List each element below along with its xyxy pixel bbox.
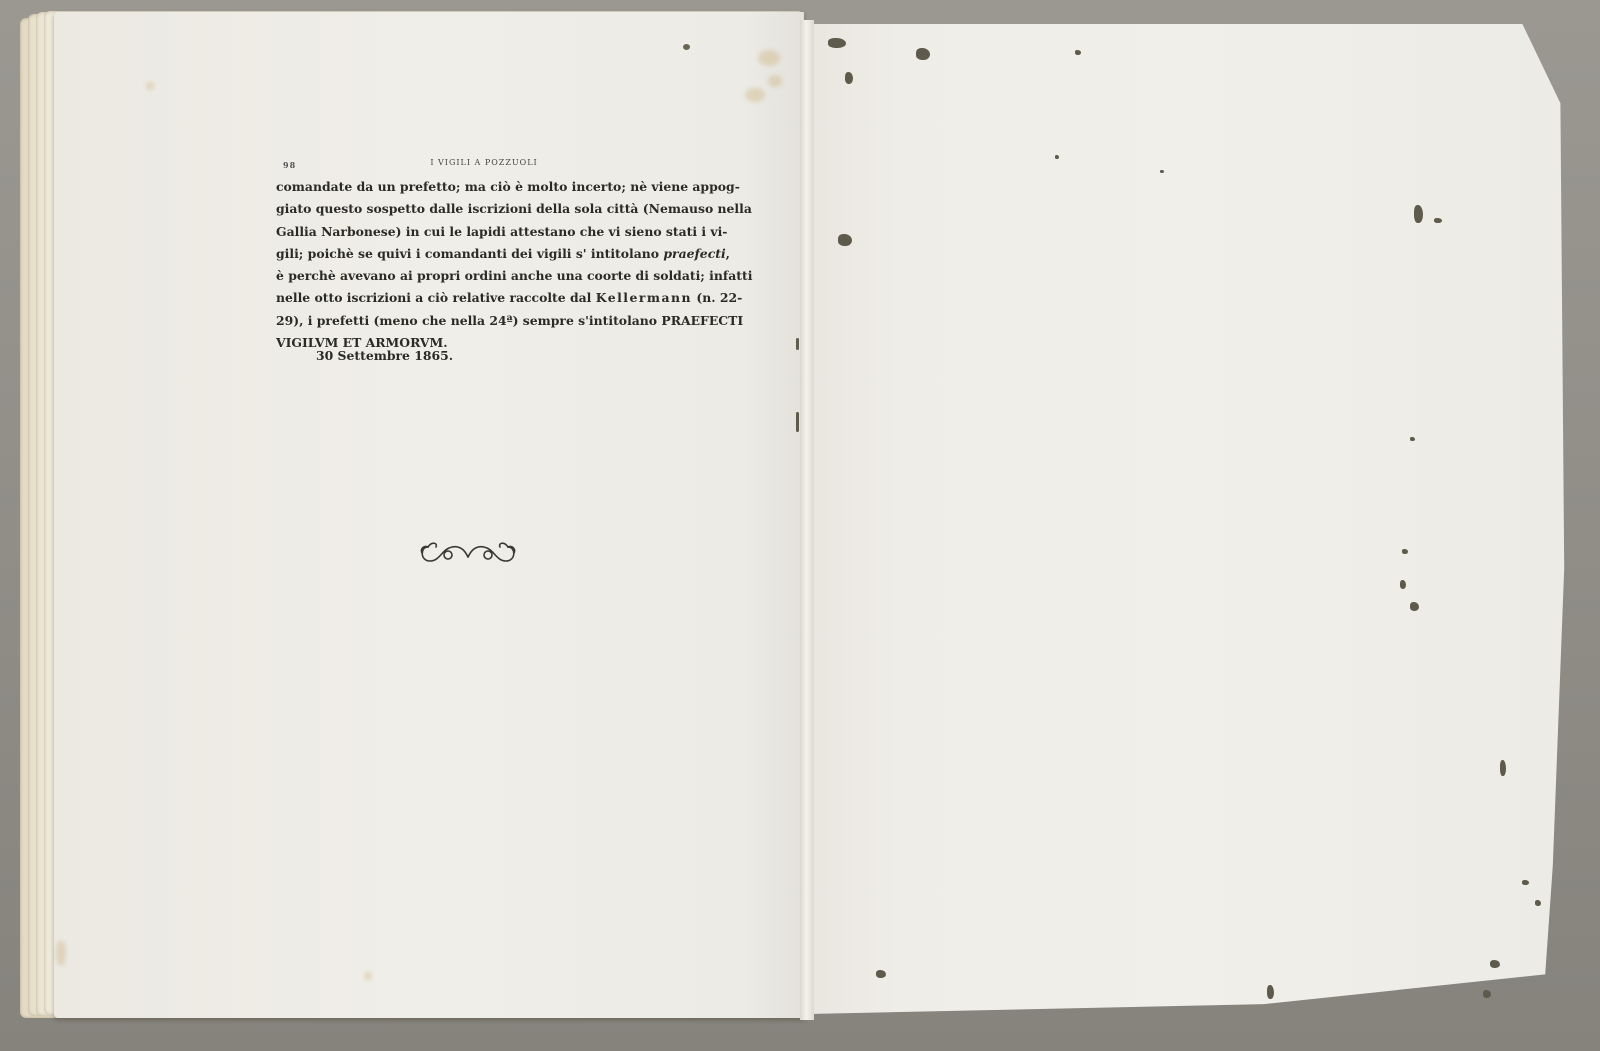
text-line: 29), i prefetti (meno che nella 24ª) sem… <box>276 310 686 332</box>
wormhole <box>1075 50 1081 55</box>
wormhole <box>1160 170 1164 173</box>
wormhole <box>1535 900 1541 906</box>
stain <box>56 940 66 966</box>
wormhole <box>683 44 690 50</box>
text-line: giato questo sospetto dalle iscrizioni d… <box>276 198 686 220</box>
text-line: nelle otto iscrizioni a ciò relative rac… <box>276 287 686 309</box>
wormhole <box>1490 960 1500 968</box>
wormhole <box>1500 760 1506 776</box>
book-gutter <box>800 20 814 1020</box>
right-page <box>808 24 1568 1014</box>
wormhole <box>1402 549 1408 554</box>
text-span: gili; poichè se quivi i comandanti dei v… <box>276 246 663 261</box>
wormhole <box>838 234 852 246</box>
stain <box>146 82 154 90</box>
wormhole <box>1055 155 1059 159</box>
wormhole <box>1522 880 1529 885</box>
text-span: , <box>726 246 730 261</box>
wormhole <box>828 38 846 48</box>
italic-term: praefecti <box>663 246 725 261</box>
gutter-mark <box>796 338 799 350</box>
text-line: Gallia Narbonese) in cui le lapidi attes… <box>276 221 686 243</box>
stain <box>364 972 372 980</box>
body-paragraph: comandate da un prefetto; ma ciò è molto… <box>276 176 686 354</box>
stain <box>745 88 765 102</box>
wormhole <box>916 48 930 60</box>
wormhole <box>1410 602 1419 611</box>
wormhole <box>876 970 886 978</box>
text-line: gili; poichè se quivi i comandanti dei v… <box>276 243 686 265</box>
wormhole <box>1267 985 1274 999</box>
spaced-name: Kellermann <box>596 290 692 305</box>
wormhole <box>1400 580 1406 589</box>
page-header: 98 I VIGILI A POZZUOLI <box>283 158 685 172</box>
wormhole <box>1483 990 1491 998</box>
wormhole <box>845 72 853 84</box>
gutter-mark <box>796 412 799 432</box>
open-book: 98 I VIGILI A POZZUOLI comandate da un p… <box>0 0 1600 1051</box>
text-line: è perchè avevano ai propri ordini anche … <box>276 265 686 287</box>
text-span: (n. 22- <box>692 290 742 305</box>
stain <box>758 50 780 66</box>
wormhole <box>1414 205 1423 223</box>
text-line: comandate da un prefetto; ma ciò è molto… <box>276 176 686 198</box>
stain <box>768 75 782 87</box>
scroll-ornament-icon <box>418 533 518 567</box>
wormhole <box>1434 218 1442 223</box>
text-span: nelle otto iscrizioni a ciò relative rac… <box>276 290 596 305</box>
wormhole <box>1410 437 1415 441</box>
running-head: I VIGILI A POZZUOLI <box>283 158 685 167</box>
dateline: 30 Settembre 1865. <box>316 348 453 363</box>
